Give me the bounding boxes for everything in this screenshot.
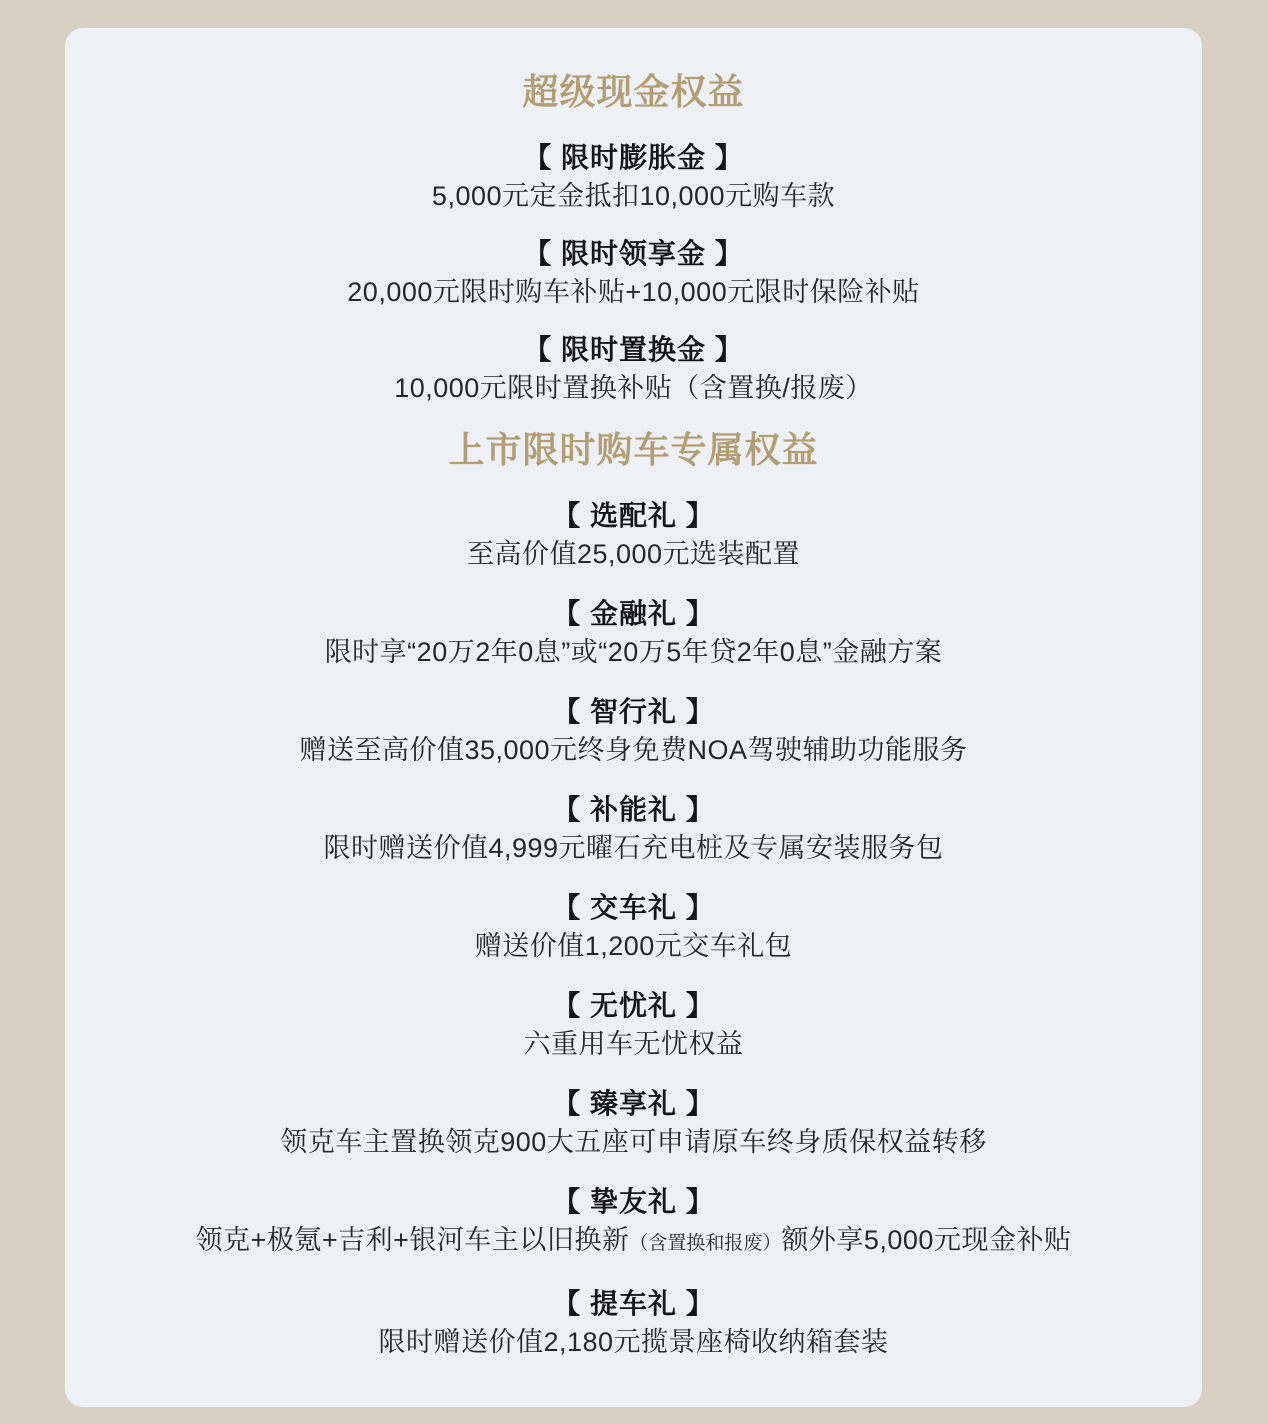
benefit-desc-text: 5,000元定金抵扣10,000元购车款 (432, 181, 835, 211)
benefit-label: 【 提车礼 】 (65, 1286, 1202, 1322)
sections-container: 超级现金权益【 限时膨胀金 】5,000元定金抵扣10,000元购车款【 限时领… (65, 70, 1202, 1360)
benefit-item: 【 提车礼 】限时赠送价值2,180元揽景座椅收纳箱套装 (65, 1286, 1202, 1360)
benefit-desc: 赠送至高价值35,000元终身免费NOA驾驶辅助功能服务 (65, 732, 1202, 768)
benefit-item: 【 补能礼 】限时赠送价值4,999元曜石充电桩及专属安装服务包 (65, 792, 1202, 866)
benefit-desc-text: 至高价值25,000元选装配置 (467, 539, 800, 569)
benefit-label: 【 限时置换金 】 (65, 332, 1202, 368)
benefit-desc: 限时赠送价值4,999元曜石充电桩及专属安装服务包 (65, 830, 1202, 866)
benefit-item: 【 金融礼 】限时享“20万2年0息”或“20万5年贷2年0息”金融方案 (65, 596, 1202, 670)
benefit-label: 【 智行礼 】 (65, 694, 1202, 730)
benefit-item: 【 无忧礼 】六重用车无忧权益 (65, 988, 1202, 1062)
section-title: 上市限时购车专属权益 (65, 428, 1202, 472)
benefit-desc-text: 领克车主置换领克900大五座可申请原车终身质保权益转移 (280, 1127, 987, 1157)
benefit-item: 【 挚友礼 】领克+极氪+吉利+银河车主以旧换新（含置换和报废）额外享5,000… (65, 1184, 1202, 1262)
benefit-desc: 赠送价值1,200元交车礼包 (65, 928, 1202, 964)
benefit-label: 【 限时领享金 】 (65, 236, 1202, 272)
benefit-desc-text: 额外享5,000元现金补贴 (781, 1225, 1071, 1255)
benefit-desc: 领克车主置换领克900大五座可申请原车终身质保权益转移 (65, 1124, 1202, 1160)
benefit-label: 【 金融礼 】 (65, 596, 1202, 632)
benefit-desc-text: 10,000元限时置换补贴（含置换/报废） (394, 373, 873, 403)
benefit-item: 【 限时领享金 】20,000元限时购车补贴+10,000元限时保险补贴 (65, 236, 1202, 310)
benefit-desc-text: 限时赠送价值4,999元曜石充电桩及专属安装服务包 (323, 833, 943, 863)
benefit-desc: 限时享“20万2年0息”或“20万5年贷2年0息”金融方案 (65, 634, 1202, 670)
benefit-desc-text: 限时赠送价值2,180元揽景座椅收纳箱套装 (378, 1327, 888, 1357)
benefit-label: 【 选配礼 】 (65, 498, 1202, 534)
benefit-label: 【 限时膨胀金 】 (65, 140, 1202, 176)
benefit-section: 超级现金权益【 限时膨胀金 】5,000元定金抵扣10,000元购车款【 限时领… (65, 70, 1202, 406)
page-background: { "theme": { "outer_background": "#d8d0c… (0, 0, 1268, 1424)
benefit-label: 【 交车礼 】 (65, 890, 1202, 926)
benefit-item: 【 限时置换金 】10,000元限时置换补贴（含置换/报废） (65, 332, 1202, 406)
benefit-section: 上市限时购车专属权益【 选配礼 】至高价值25,000元选装配置【 金融礼 】限… (65, 428, 1202, 1360)
benefit-desc-text: 六重用车无忧权益 (524, 1029, 744, 1059)
benefit-desc-text: 赠送至高价值35,000元终身免费NOA驾驶辅助功能服务 (299, 735, 967, 765)
benefit-label: 【 补能礼 】 (65, 792, 1202, 828)
benefit-desc-text: 20,000元限时购车补贴+10,000元限时保险补贴 (347, 277, 919, 307)
benefit-item: 【 臻享礼 】领克车主置换领克900大五座可申请原车终身质保权益转移 (65, 1086, 1202, 1160)
benefit-label: 【 臻享礼 】 (65, 1086, 1202, 1122)
benefit-item: 【 智行礼 】赠送至高价值35,000元终身免费NOA驾驶辅助功能服务 (65, 694, 1202, 768)
benefit-desc-note: （含置换和报废） (629, 1233, 781, 1254)
benefit-item: 【 选配礼 】至高价值25,000元选装配置 (65, 498, 1202, 572)
benefit-item: 【 交车礼 】赠送价值1,200元交车礼包 (65, 890, 1202, 964)
benefit-desc: 限时赠送价值2,180元揽景座椅收纳箱套装 (65, 1324, 1202, 1360)
benefit-label: 【 挚友礼 】 (65, 1184, 1202, 1220)
benefits-card: 超级现金权益【 限时膨胀金 】5,000元定金抵扣10,000元购车款【 限时领… (65, 28, 1202, 1407)
benefit-desc-text: 领克+极氪+吉利+银河车主以旧换新 (196, 1225, 630, 1255)
benefit-desc: 10,000元限时置换补贴（含置换/报废） (65, 370, 1202, 406)
benefit-desc: 领克+极氪+吉利+银河车主以旧换新（含置换和报废）额外享5,000元现金补贴 (65, 1222, 1202, 1262)
benefit-label: 【 无忧礼 】 (65, 988, 1202, 1024)
benefit-desc-text: 限时享“20万2年0息”或“20万5年贷2年0息”金融方案 (325, 637, 943, 667)
benefit-desc: 20,000元限时购车补贴+10,000元限时保险补贴 (65, 274, 1202, 310)
benefit-desc: 六重用车无忧权益 (65, 1026, 1202, 1062)
section-title: 超级现金权益 (65, 70, 1202, 114)
benefit-desc: 5,000元定金抵扣10,000元购车款 (65, 178, 1202, 214)
benefit-desc-text: 赠送价值1,200元交车礼包 (475, 931, 793, 961)
benefit-item: 【 限时膨胀金 】5,000元定金抵扣10,000元购车款 (65, 140, 1202, 214)
benefit-desc: 至高价值25,000元选装配置 (65, 536, 1202, 572)
